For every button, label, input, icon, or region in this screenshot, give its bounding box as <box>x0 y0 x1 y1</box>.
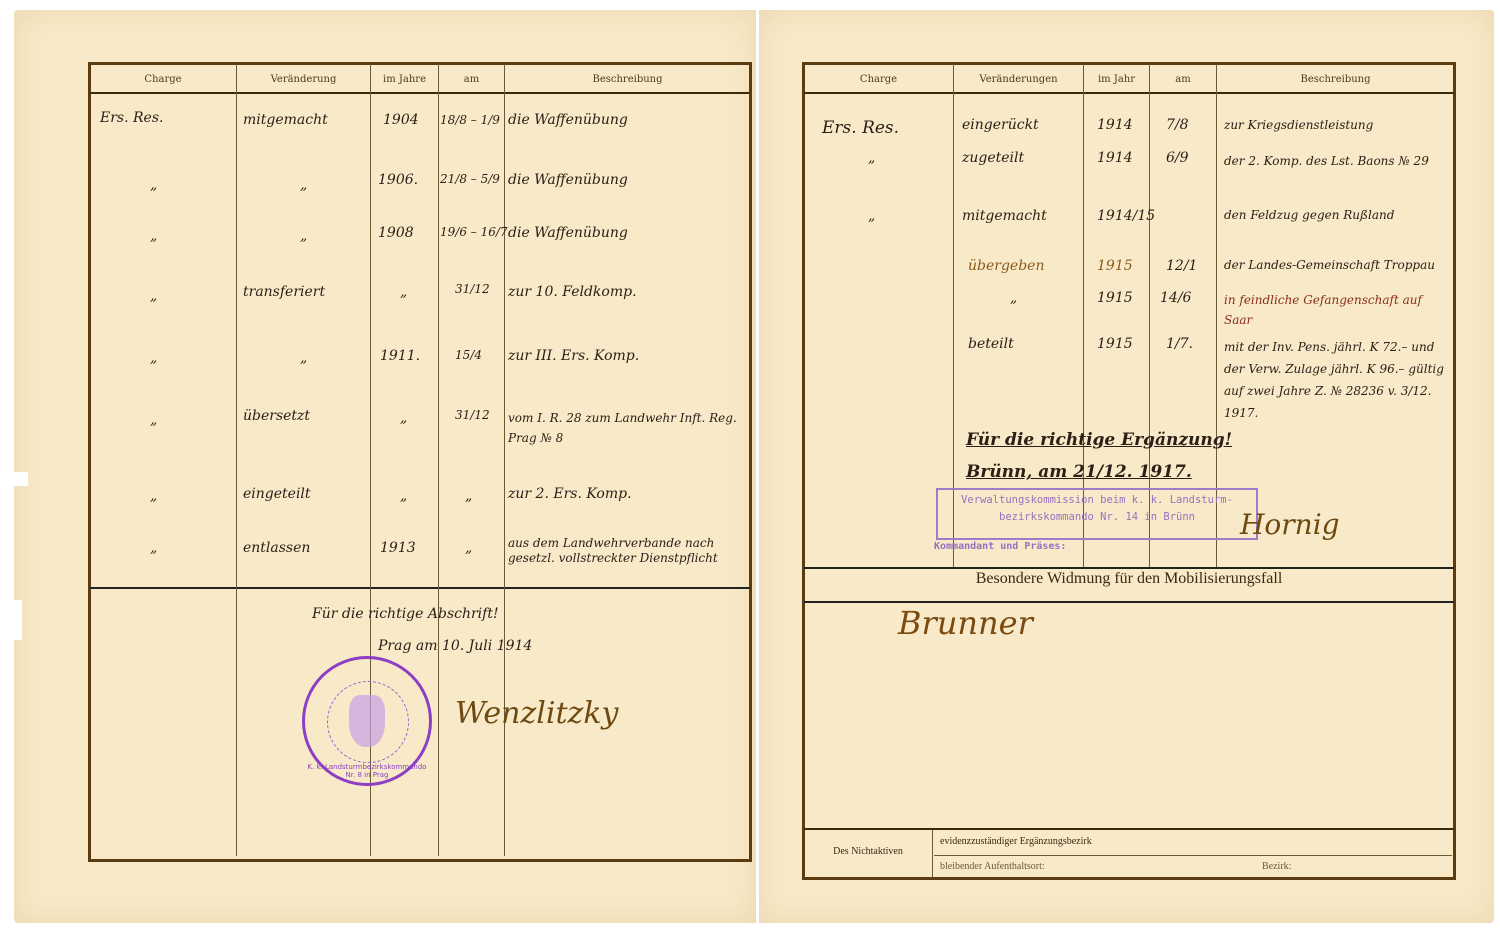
footer-bezirk-label: Bezirk: <box>1262 861 1291 872</box>
cell-change: übersetzt <box>243 408 310 424</box>
mobilization-entry: Brunner <box>898 604 1033 642</box>
certification-text: Für die richtige Ergänzung! <box>966 430 1232 450</box>
cell-description: mit der Inv. Pens. jährl. K 72.– und der… <box>1224 336 1449 424</box>
footer-district-label: evidenzzuständiger Ergänzungsbezirk <box>940 836 1092 847</box>
cell-change: eingerückt <box>962 117 1039 133</box>
cell-year: 1915 <box>1097 258 1133 274</box>
cell-description: zur III. Ers. Komp. <box>508 348 639 364</box>
official-round-stamp: K. k. Landsturmbezirkskommando Nr. 8 in … <box>302 656 432 786</box>
cell-charge: „ <box>150 288 157 304</box>
footer-divider <box>804 828 1454 830</box>
left-section-divider <box>90 587 750 589</box>
footer-label: Des Nichtaktiven <box>806 846 930 857</box>
cell-change: „ <box>300 350 307 366</box>
cell-date: 31/12 <box>455 282 490 296</box>
cell-year: 1915 <box>1097 336 1133 352</box>
cell-year: 1913 <box>380 540 416 556</box>
left-header-divider <box>90 92 750 94</box>
header-date: am <box>1150 74 1216 85</box>
cell-charge: „ <box>150 228 157 244</box>
col-line <box>236 64 237 856</box>
cell-description: zur 2. Ers. Komp. <box>508 486 632 502</box>
header-change: Veränderung <box>237 74 370 85</box>
cell-description: aus dem Landwehrverbande nach gesetzl. v… <box>508 536 743 566</box>
cell-charge: „ <box>150 350 157 366</box>
footer-row-line <box>934 855 1452 856</box>
footer-col-line <box>932 830 933 877</box>
left-signature: Wenzlitzky <box>455 696 618 731</box>
cell-charge: „ <box>150 412 157 428</box>
cell-year: 1911. <box>380 348 420 364</box>
cell-date: 7/8 <box>1166 117 1189 133</box>
cell-change: transferiert <box>243 284 325 300</box>
cell-description: zur 10. Feldkomp. <box>508 284 637 300</box>
certification-text: Für die richtige Abschrift! <box>312 606 499 622</box>
cell-date: 19/6 – 16/7 <box>440 225 508 239</box>
cell-description: den Feldzug gegen Rußland <box>1224 208 1394 222</box>
right-signature: Hornig <box>1240 508 1340 541</box>
cell-year: 1914 <box>1097 150 1133 166</box>
cell-change: entlassen <box>243 540 310 556</box>
cell-date: 31/12 <box>455 408 490 422</box>
cell-charge: „ <box>868 208 875 224</box>
cell-change: „ <box>300 177 307 193</box>
cell-description: zur Kriegsdienstleistung <box>1224 118 1373 132</box>
header-charge: Charge <box>90 74 236 85</box>
cell-date: 18/8 – 1/9 <box>440 113 500 127</box>
cell-description: die Waffenübung <box>508 112 628 128</box>
mobilization-title: Besondere Widmung für den Mobilisierungs… <box>804 570 1454 588</box>
cell-date: 21/8 – 5/9 <box>440 172 500 186</box>
cell-year: 1914/15 <box>1097 208 1155 224</box>
stamp-commander-label: Kommandant und Präses: <box>934 541 1066 552</box>
right-header-divider <box>804 92 1454 94</box>
cell-year: 1914 <box>1097 117 1133 133</box>
cell-change: übergeben <box>968 258 1044 274</box>
cell-description: die Waffenübung <box>508 225 628 241</box>
header-change: Veränderungen <box>954 74 1083 85</box>
cell-year: 1906. <box>378 172 418 188</box>
cell-charge: „ <box>150 488 157 504</box>
cell-description: die Waffenübung <box>508 172 628 188</box>
cell-change: „ <box>300 228 307 244</box>
cell-year: 1908 <box>378 225 414 241</box>
cell-charge: „ <box>150 540 157 556</box>
double-eagle-icon <box>349 695 385 747</box>
cell-charge: Ers. Res. <box>100 110 163 126</box>
mobilization-divider <box>804 601 1454 603</box>
cell-change: „ <box>1010 290 1017 306</box>
col-line <box>504 64 505 856</box>
cell-year: „ <box>400 410 407 426</box>
header-description: Beschreibung <box>505 74 750 85</box>
header-year: im Jahr <box>1084 74 1149 85</box>
header-charge: Charge <box>804 74 953 85</box>
cell-change: zugeteilt <box>962 150 1024 166</box>
cell-year: „ <box>400 284 407 300</box>
cell-change: mitgemacht <box>962 208 1047 224</box>
torn-edge <box>0 472 28 486</box>
certification-place-date: Prag am 10. Juli 1914 <box>378 638 532 654</box>
cell-date: 15/4 <box>455 348 482 362</box>
cell-date: 6/9 <box>1166 150 1189 166</box>
cell-date: „ <box>465 540 472 556</box>
cell-year: „ <box>400 488 407 504</box>
cell-change: mitgemacht <box>243 112 328 128</box>
cell-date: 14/6 <box>1160 290 1191 306</box>
header-year: im Jahre <box>371 74 438 85</box>
cell-date: „ <box>465 488 472 504</box>
header-description: Beschreibung <box>1217 74 1454 85</box>
cell-date: 12/1 <box>1166 258 1197 274</box>
cell-description: vom I. R. 28 zum Landwehr Inft. Reg. Pra… <box>508 408 743 448</box>
cell-charge: „ <box>868 150 875 166</box>
header-date: am <box>439 74 504 85</box>
cell-description: der 2. Komp. des Lst. Baons № 29 <box>1224 150 1449 172</box>
cell-date: 1/7. <box>1166 336 1193 352</box>
administrative-stamp: Verwaltungskommission beim k. k. Landstu… <box>936 488 1258 540</box>
cell-charge: Ers. Res. <box>822 118 899 138</box>
mobilization-top-divider <box>804 567 1454 569</box>
cell-year: 1904 <box>383 112 419 128</box>
footer-residence-label: bleibender Aufenthaltsort: <box>940 861 1045 872</box>
torn-edge <box>0 600 22 640</box>
cell-charge: „ <box>150 177 157 193</box>
cell-change: beteilt <box>968 336 1014 352</box>
cell-year: 1915 <box>1097 290 1133 306</box>
cell-description: in feindliche Gefangenschaft auf Saar <box>1224 290 1449 330</box>
col-line <box>438 64 439 856</box>
certification-place-date: Brünn, am 21/12. 1917. <box>966 462 1192 482</box>
cell-change: eingeteilt <box>243 486 311 502</box>
cell-description: der Landes-Gemeinschaft Troppau <box>1224 258 1435 272</box>
